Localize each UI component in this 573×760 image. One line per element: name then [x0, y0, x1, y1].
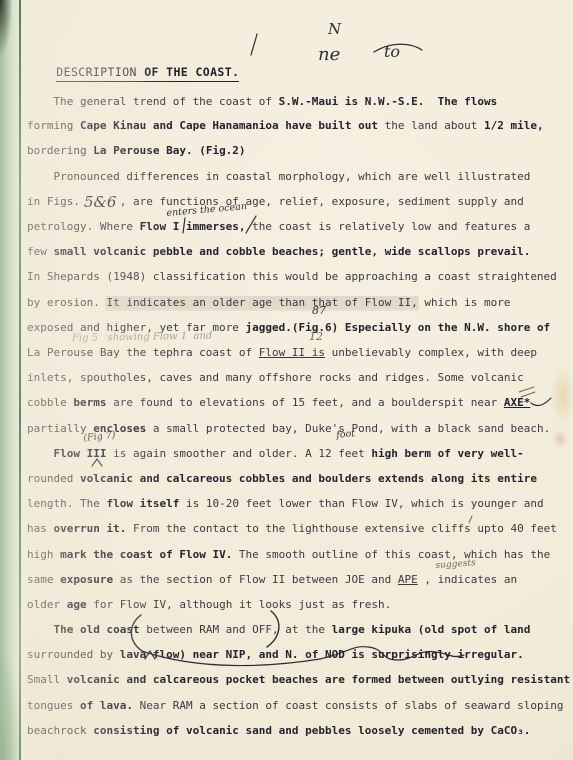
handwritten-annotation: foot — [336, 428, 356, 441]
binding-bottom-shadow — [0, 640, 22, 760]
handwritten-annotation: 12 — [309, 330, 323, 343]
handwritten-annotation: 5&6 — [84, 193, 116, 211]
typed-text-segment: Pronounced differences in coastal morpho… — [27, 170, 530, 183]
typed-text-segment: exposure — [60, 573, 113, 586]
typed-text-segment: petrology. Where — [27, 220, 140, 233]
typed-text-segment: Small — [27, 673, 67, 686]
pen-stroke — [531, 398, 551, 406]
typed-text-segment: is 10-20 feet lower than Flow IV, which … — [179, 497, 543, 510]
typed-text-segment: jagged.(Fig.6) Especially on the N.W. sh… — [246, 321, 551, 334]
typed-line: petrology. Where Flow I immerses, the co… — [27, 220, 530, 233]
handwritten-annotation: Fig 5 showing Flow 1 and — [72, 331, 213, 344]
typed-line: surrounded by lava flow) near NIP, and N… — [27, 648, 524, 661]
typed-text-segment: length. The — [27, 497, 106, 510]
typed-line: Pronounced differences in coastal morpho… — [27, 170, 530, 183]
typed-line: older age for Flow IV, although it looks… — [27, 598, 391, 611]
typed-text-segment: In Shepards (1948) classification this w… — [27, 270, 557, 283]
document-page: DESCRIPTION OF THE COAST. The general tr… — [0, 0, 573, 760]
typed-line: Small volcanic and calcareous pocket bea… — [27, 673, 570, 686]
pen-stroke — [92, 459, 102, 466]
typed-text-segment: The old coast — [27, 623, 140, 636]
typed-line: forming Cape Kinau and Cape Hanamanioa h… — [27, 119, 544, 132]
typed-text-segment: age — [67, 598, 87, 611]
typed-line: rounded volcanic and calcareous cobbles … — [27, 472, 537, 485]
typed-text-segment: few — [27, 245, 54, 258]
typed-text-segment: The general trend of the coast of — [27, 95, 279, 108]
typed-text-segment: beachrock — [27, 724, 93, 737]
typed-text-segment: large kipuka (old spot of land — [332, 623, 531, 636]
typed-text-segment: Flow I immerses, — [140, 220, 246, 233]
document-heading: DESCRIPTION OF THE COAST. — [27, 53, 239, 92]
handwritten-annotation: to — [384, 42, 400, 61]
typed-text-segment: for Flow IV, although it looks just as f… — [87, 598, 392, 611]
typed-text-segment: as the section of Flow II between JOE an… — [113, 573, 398, 586]
typed-text-segment: of lava. — [80, 699, 133, 712]
typed-text-segment: cobble — [27, 396, 73, 409]
heading-text-normal: DESCRIPTION — [56, 65, 144, 82]
typed-text-segment: rounded — [27, 472, 80, 485]
typed-text-segment: From the contact to the lighthouse exten… — [126, 522, 556, 535]
typed-text-segment: unbelievably complex, with deep — [325, 346, 537, 359]
typed-text-segment: between RAM and OFF, at the — [140, 623, 332, 636]
heading-text-bold: OF THE COAST. — [144, 65, 239, 82]
typed-text-segment: forming — [27, 119, 80, 132]
handwritten-annotation: suggests — [435, 558, 476, 571]
typed-line: bordering La Perouse Bay. (Fig.2) — [27, 144, 246, 157]
typed-line: by erosion. It indicates an older age th… — [27, 296, 510, 309]
typed-text-segment: same — [27, 573, 60, 586]
typed-text-segment: overrun it. — [54, 522, 127, 535]
typed-line: has overrun it. From the contact to the … — [27, 522, 557, 535]
handwritten-annotation: (Fig 7) — [83, 430, 116, 444]
typed-text-segment: high berm of very well- — [371, 447, 523, 460]
typed-text-segment: the coast is relatively low and features… — [246, 220, 531, 233]
typed-text-segment: Flow III — [27, 447, 106, 460]
typed-text-segment: lava flow) near NIP, and N. of NOD is su… — [120, 648, 524, 661]
typed-text-segment: S.W.-Maui is N.W.-S.E. The flows — [279, 95, 498, 108]
typed-text-segment: AXE* — [504, 396, 531, 409]
typed-text-segment: APE — [398, 573, 418, 586]
typed-text-segment: The smooth outline of this coast, which … — [232, 548, 550, 561]
typed-text-segment: has — [27, 522, 54, 535]
typed-text-segment: flow itself — [106, 497, 179, 510]
typed-text-segment: volcanic and calcareous pocket beaches a… — [67, 673, 570, 686]
typed-line: few small volcanic pebble and cobble bea… — [27, 245, 530, 258]
pen-stroke — [251, 34, 257, 55]
typed-text-segment: is again smoother and older. A 12 feet — [106, 447, 371, 460]
typed-text-segment: La Perouse Bay the tephra coast of — [27, 346, 259, 359]
typed-line: cobble berms are found to elevations of … — [27, 396, 530, 409]
typed-text-segment: volcanic and calcareous cobbles and boul… — [80, 472, 537, 485]
typed-line: tongues of lava. Near RAM a section of c… — [27, 699, 563, 712]
typed-text-segment: by erosion. — [27, 296, 106, 309]
paper-stain — [550, 366, 573, 426]
typed-text-segment: bordering — [27, 144, 93, 157]
typed-line: The general trend of the coast of S.W.-M… — [27, 95, 497, 108]
typed-line: The old coast between RAM and OFF, at th… — [27, 623, 530, 636]
typed-text-segment: Cape Kinau and Cape Hanamanioa have buil… — [80, 119, 378, 132]
typed-line: In Shepards (1948) classification this w… — [27, 270, 557, 283]
typed-text-segment: are found to elevations of 15 feet, and … — [106, 396, 503, 409]
typed-text-segment: La Perouse Bay. (Fig.2) — [93, 144, 245, 157]
typed-text-segment: berms — [73, 396, 106, 409]
typed-text-segment: It indicates an older age than that of F… — [106, 296, 417, 309]
typed-text-segment: tongues — [27, 699, 80, 712]
pen-stroke — [519, 387, 534, 392]
typed-text-segment: which is more — [418, 296, 511, 309]
typed-line: La Perouse Bay the tephra coast of Flow … — [27, 346, 537, 359]
typed-text-segment: the land about — [378, 119, 484, 132]
typed-text-segment: consisting of volcanic sand and pebbles … — [93, 724, 530, 737]
typed-line: length. The flow itself is 10-20 feet lo… — [27, 497, 544, 510]
typed-text-segment: older — [27, 598, 67, 611]
paper-stain — [552, 430, 568, 448]
typed-text-segment: inlets, spoutholes, caves and many offsh… — [27, 371, 524, 384]
typed-text-segment: Flow II is — [259, 346, 325, 359]
handwritten-annotation: 87 — [312, 304, 326, 317]
typed-line: Flow III is again smoother and older. A … — [27, 447, 524, 460]
typed-text-segment: mark the coast of Flow IV. — [60, 548, 232, 561]
typed-text-segment: small volcanic pebble and cobble beaches… — [54, 245, 531, 258]
typed-text-segment: Near RAM a section of coast consists of … — [133, 699, 563, 712]
typed-line: same exposure as the section of Flow II … — [27, 573, 517, 586]
typed-text-segment: , indicates an — [418, 573, 517, 586]
binding-corner-shadow — [0, 0, 12, 54]
typed-text-segment: surrounded by — [27, 648, 120, 661]
handwritten-annotation: ne — [318, 44, 340, 65]
typed-line: inlets, spoutholes, caves and many offsh… — [27, 371, 524, 384]
typed-text-segment: high — [27, 548, 60, 561]
handwritten-annotation: N — [328, 20, 341, 38]
typed-text-segment: 1/2 mile, — [484, 119, 544, 132]
typed-line: beachrock consisting of volcanic sand an… — [27, 724, 530, 737]
